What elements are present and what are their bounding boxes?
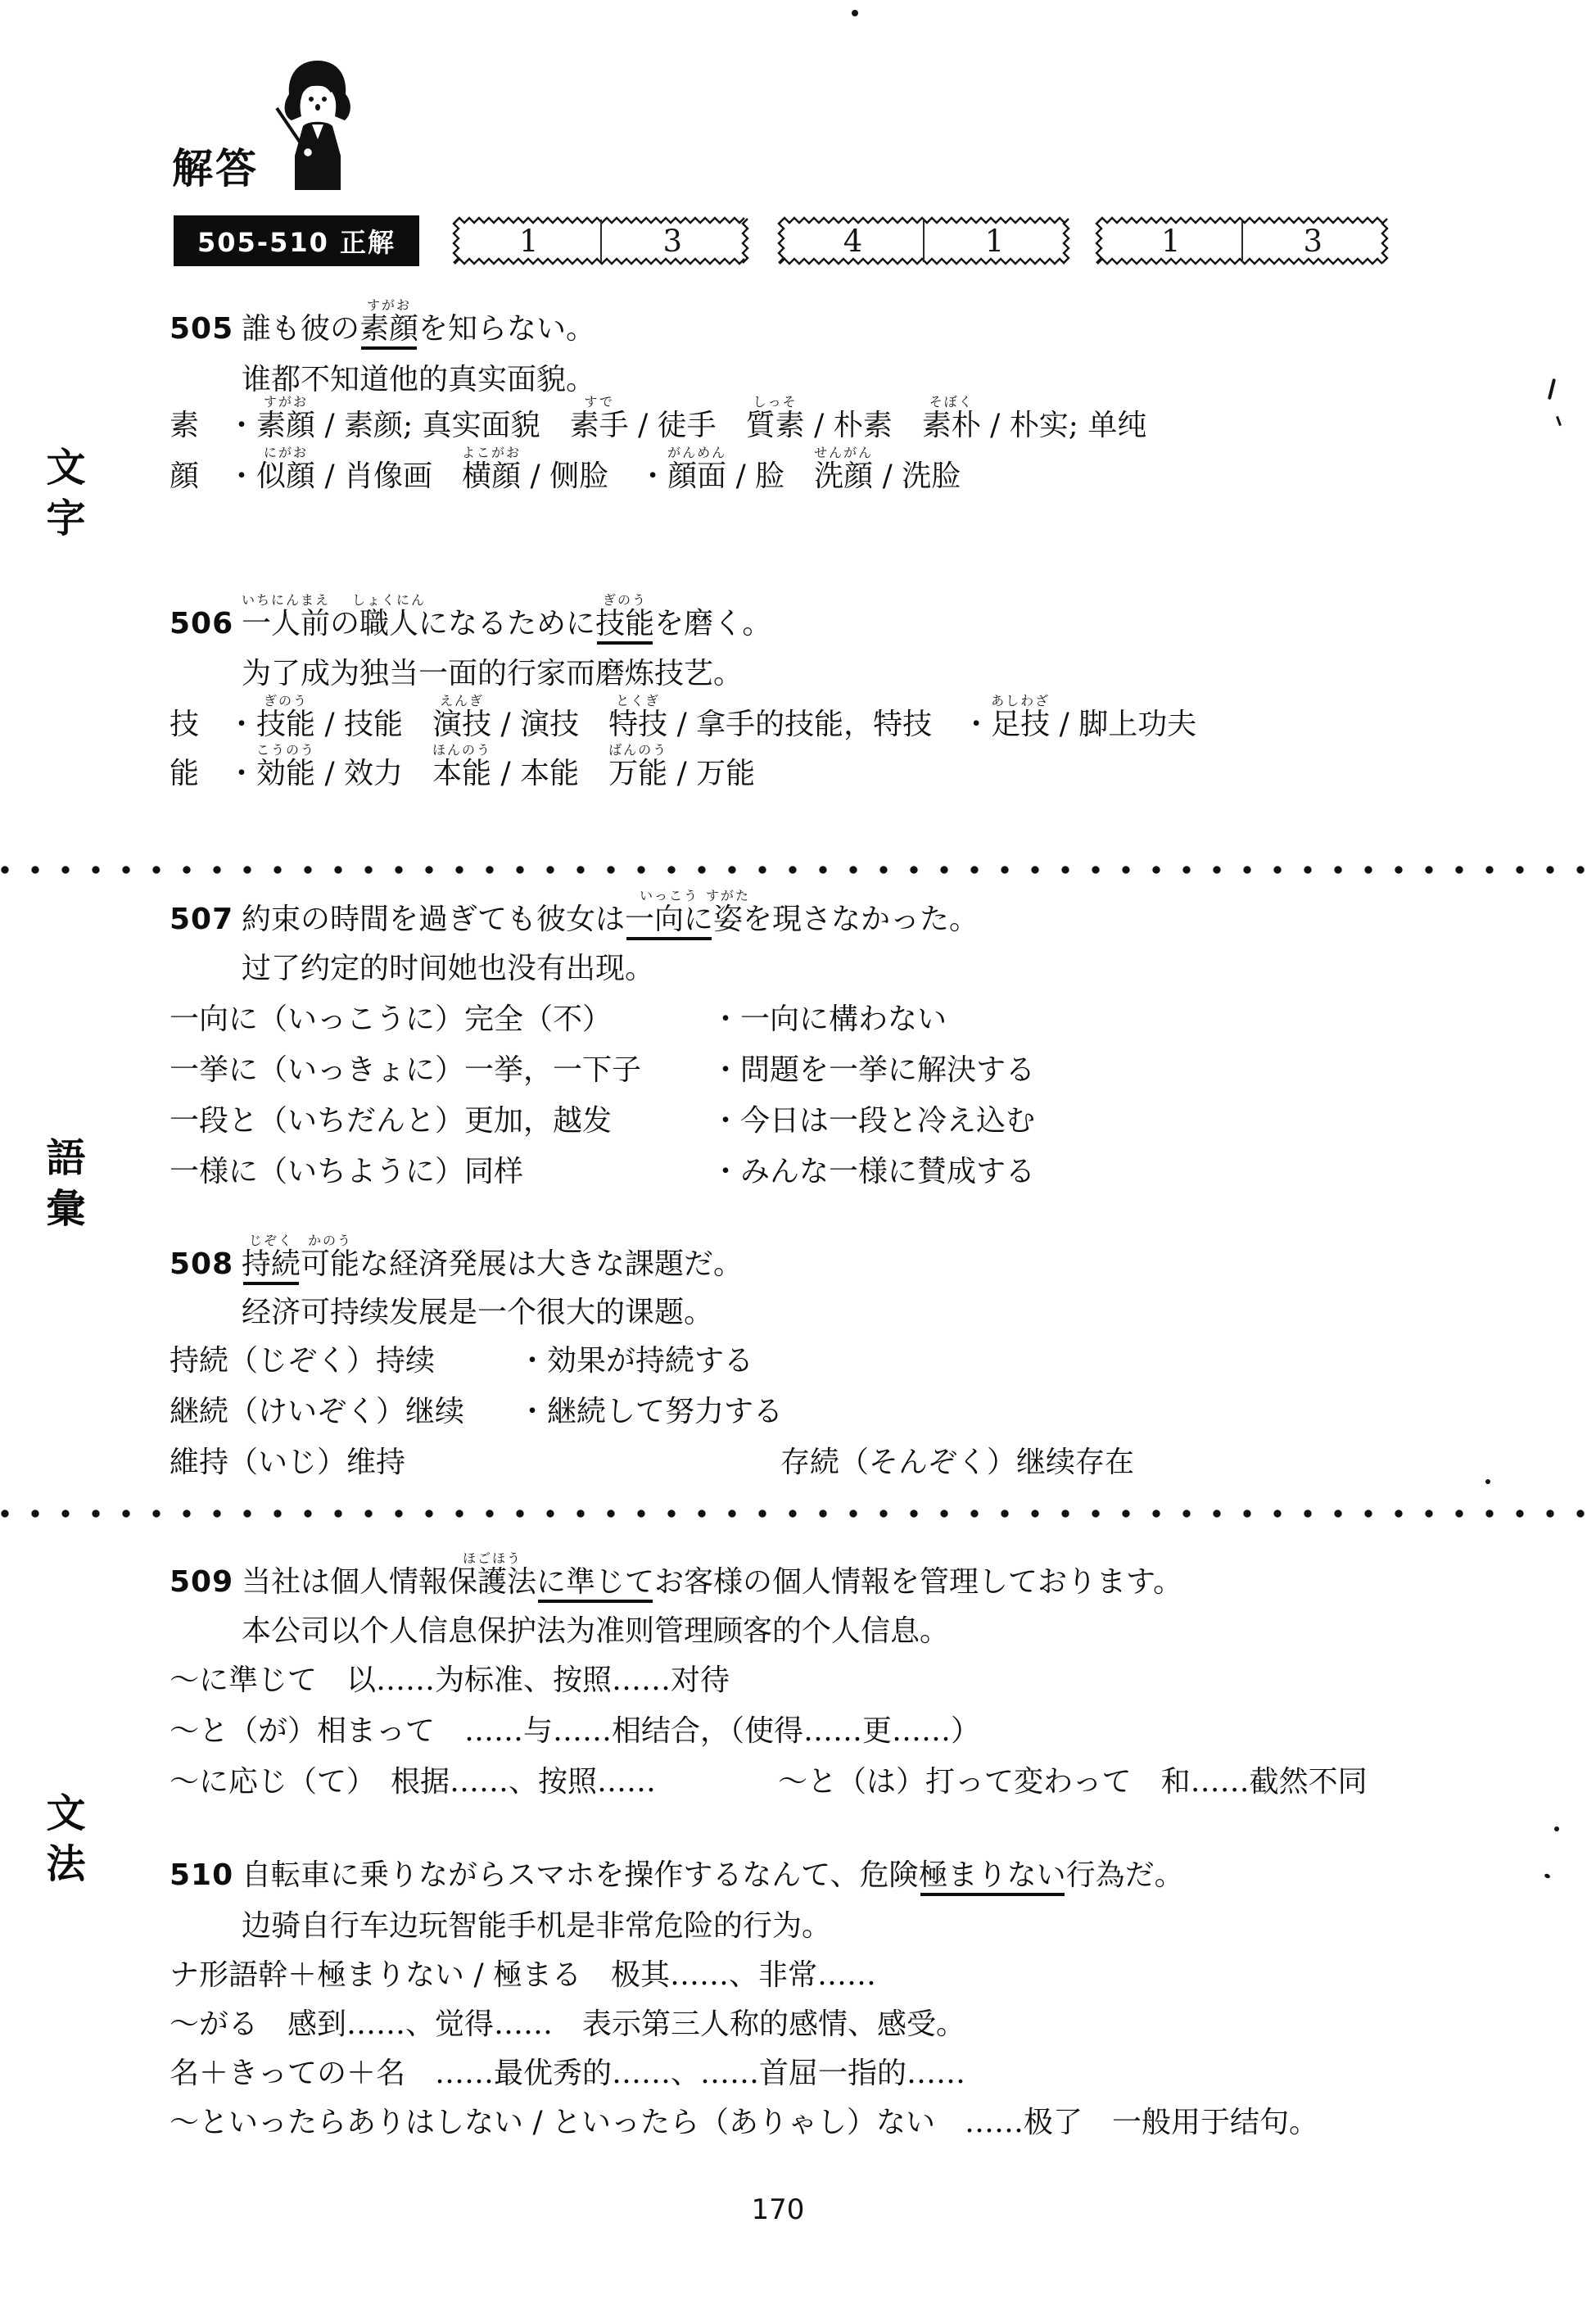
scanned-answer-page: 解答 505-510 正解 134113 505誰も彼の素顔すがおを知らない。谁…: [0, 0, 1596, 2322]
page-number: 170: [712, 2193, 843, 2226]
margin-section-label: 文字: [34, 446, 91, 548]
scan-artifact: [852, 10, 858, 16]
scan-artifact: [1485, 1479, 1490, 1484]
margin-layer: 文字語彙文法: [0, 0, 1596, 2322]
scan-artifact: [1554, 1826, 1559, 1831]
margin-section-label: 語彙: [34, 1137, 91, 1238]
margin-section-label: 文法: [34, 1792, 91, 1894]
